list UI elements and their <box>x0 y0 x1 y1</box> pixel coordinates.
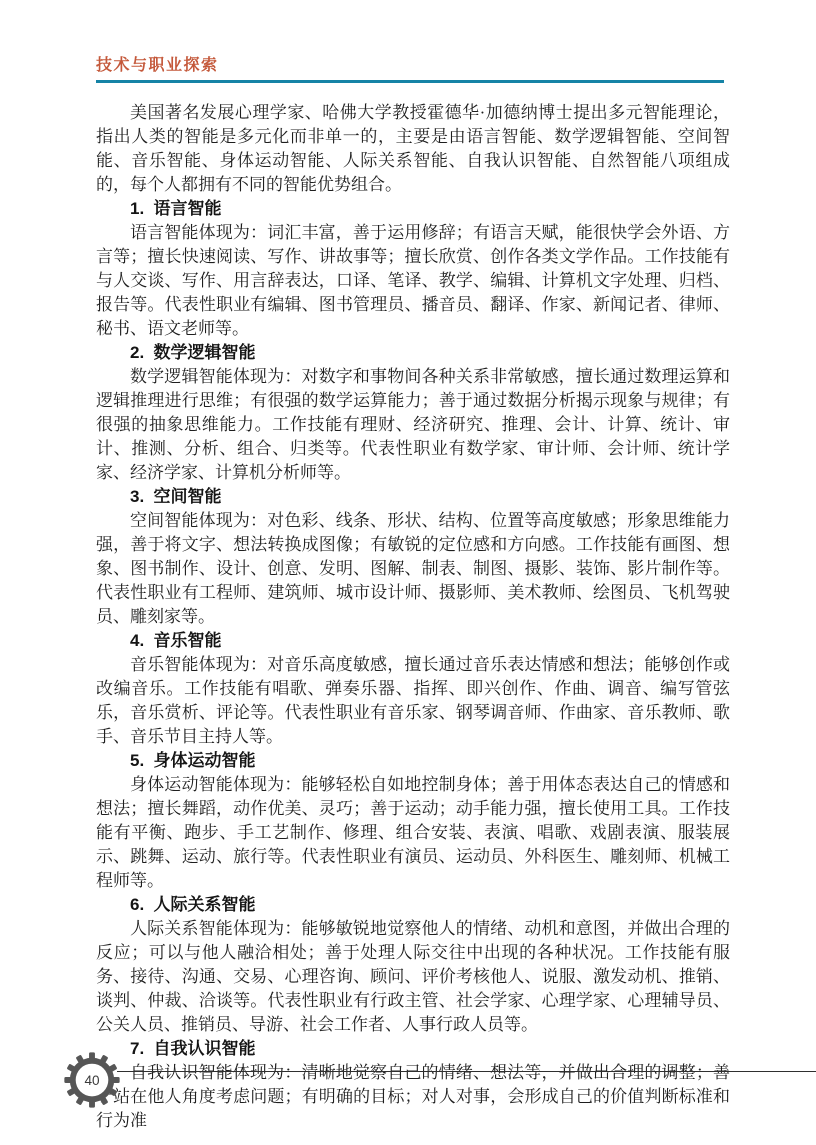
section-title: 语言智能 <box>154 199 222 218</box>
intro-paragraph: 美国著名发展心理学家、哈佛大学教授霍德华·加德纳博士提出多元智能理论，指出人类的… <box>96 101 730 197</box>
section-title: 数学逻辑智能 <box>154 343 256 362</box>
section-title: 空间智能 <box>154 487 222 506</box>
section-heading: 2.数学逻辑智能 <box>96 341 730 365</box>
section-heading: 1.语言智能 <box>96 197 730 221</box>
page-number: 40 <box>84 1073 100 1088</box>
page-title: 技术与职业探索 <box>96 52 730 75</box>
footer-rule <box>117 1071 816 1072</box>
gear-icon-svg: 40 <box>63 1051 121 1109</box>
section-number: 2. <box>130 343 144 362</box>
section-heading: 6.人际关系智能 <box>96 893 730 917</box>
section-heading: 5.身体运动智能 <box>96 749 730 773</box>
section-paragraph: 人际关系智能体现为：能够敏锐地觉察他人的情绪、动机和意图，并做出合理的反应；可以… <box>96 917 730 1037</box>
intelligence-section: 1.语言智能 语言智能体现为：词汇丰富，善于运用修辞；有语言天赋，能很快学会外语… <box>96 197 730 341</box>
section-paragraph: 语言智能体现为：词汇丰富，善于运用修辞；有语言天赋，能很快学会外语、方言等；擅长… <box>96 221 730 341</box>
page-header: 技术与职业探索 <box>96 52 730 83</box>
intelligence-section: 6.人际关系智能 人际关系智能体现为：能够敏锐地觉察他人的情绪、动机和意图，并做… <box>96 893 730 1037</box>
section-title: 自我认识智能 <box>154 1039 256 1058</box>
intelligence-section: 2.数学逻辑智能 数学逻辑智能体现为：对数字和事物间各种关系非常敏感，擅长通过数… <box>96 341 730 485</box>
sections-container: 1.语言智能 语言智能体现为：词汇丰富，善于运用修辞；有语言天赋，能很快学会外语… <box>96 197 730 1133</box>
section-number: 3. <box>130 487 144 506</box>
intelligence-section: 4.音乐智能 音乐智能体现为：对音乐高度敏感，擅长通过音乐表达情感和想法；能够创… <box>96 629 730 749</box>
section-number: 6. <box>130 895 144 914</box>
section-heading: 7.自我认识智能 <box>96 1037 730 1061</box>
section-number: 5. <box>130 751 144 770</box>
textbook-page: 技术与职业探索 美国著名发展心理学家、哈佛大学教授霍德华·加德纳博士提出多元智能… <box>0 0 816 1145</box>
section-number: 1. <box>130 199 144 218</box>
section-paragraph: 音乐智能体现为：对音乐高度敏感，擅长通过音乐表达情感和想法；能够创作或改编音乐。… <box>96 653 730 749</box>
header-rule <box>96 80 724 83</box>
intelligence-section: 5.身体运动智能 身体运动智能体现为：能够轻松自如地控制身体；善于用体态表达自己… <box>96 749 730 893</box>
gear-icon: 40 <box>63 1051 121 1109</box>
page-body: 美国著名发展心理学家、哈佛大学教授霍德华·加德纳博士提出多元智能理论，指出人类的… <box>96 101 730 1133</box>
section-heading: 3.空间智能 <box>96 485 730 509</box>
intelligence-section: 3.空间智能 空间智能体现为：对色彩、线条、形状、结构、位置等高度敏感；形象思维… <box>96 485 730 629</box>
section-title: 人际关系智能 <box>154 895 256 914</box>
section-number: 4. <box>130 631 144 650</box>
section-paragraph: 空间智能体现为：对色彩、线条、形状、结构、位置等高度敏感；形象思维能力强，善于将… <box>96 509 730 629</box>
section-paragraph: 身体运动智能体现为：能够轻松自如地控制身体；善于用体态表达自己的情感和想法；擅长… <box>96 773 730 893</box>
section-number: 7. <box>130 1039 144 1058</box>
section-title: 身体运动智能 <box>154 751 256 770</box>
section-heading: 4.音乐智能 <box>96 629 730 653</box>
intelligence-section: 7.自我认识智能 自我认识智能体现为：清晰地觉察自己的情绪、想法等，并做出合理的… <box>96 1037 730 1133</box>
section-paragraph: 数学逻辑智能体现为：对数字和事物间各种关系非常敏感，擅长通过数理运算和逻辑推理进… <box>96 365 730 485</box>
section-title: 音乐智能 <box>154 631 222 650</box>
